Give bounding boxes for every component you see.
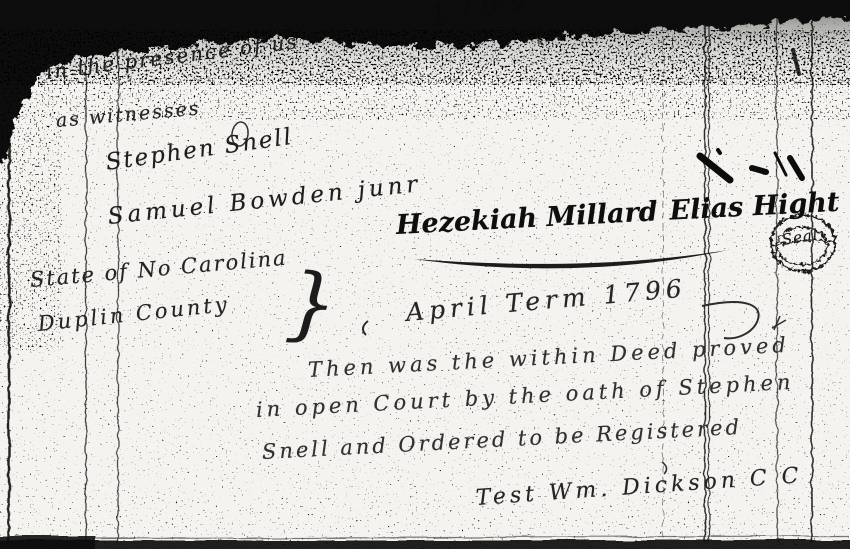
scanned-document-page: 1795 in the presence of us as witnesses …	[0, 0, 850, 549]
state-county-brace: }	[283, 262, 339, 345]
